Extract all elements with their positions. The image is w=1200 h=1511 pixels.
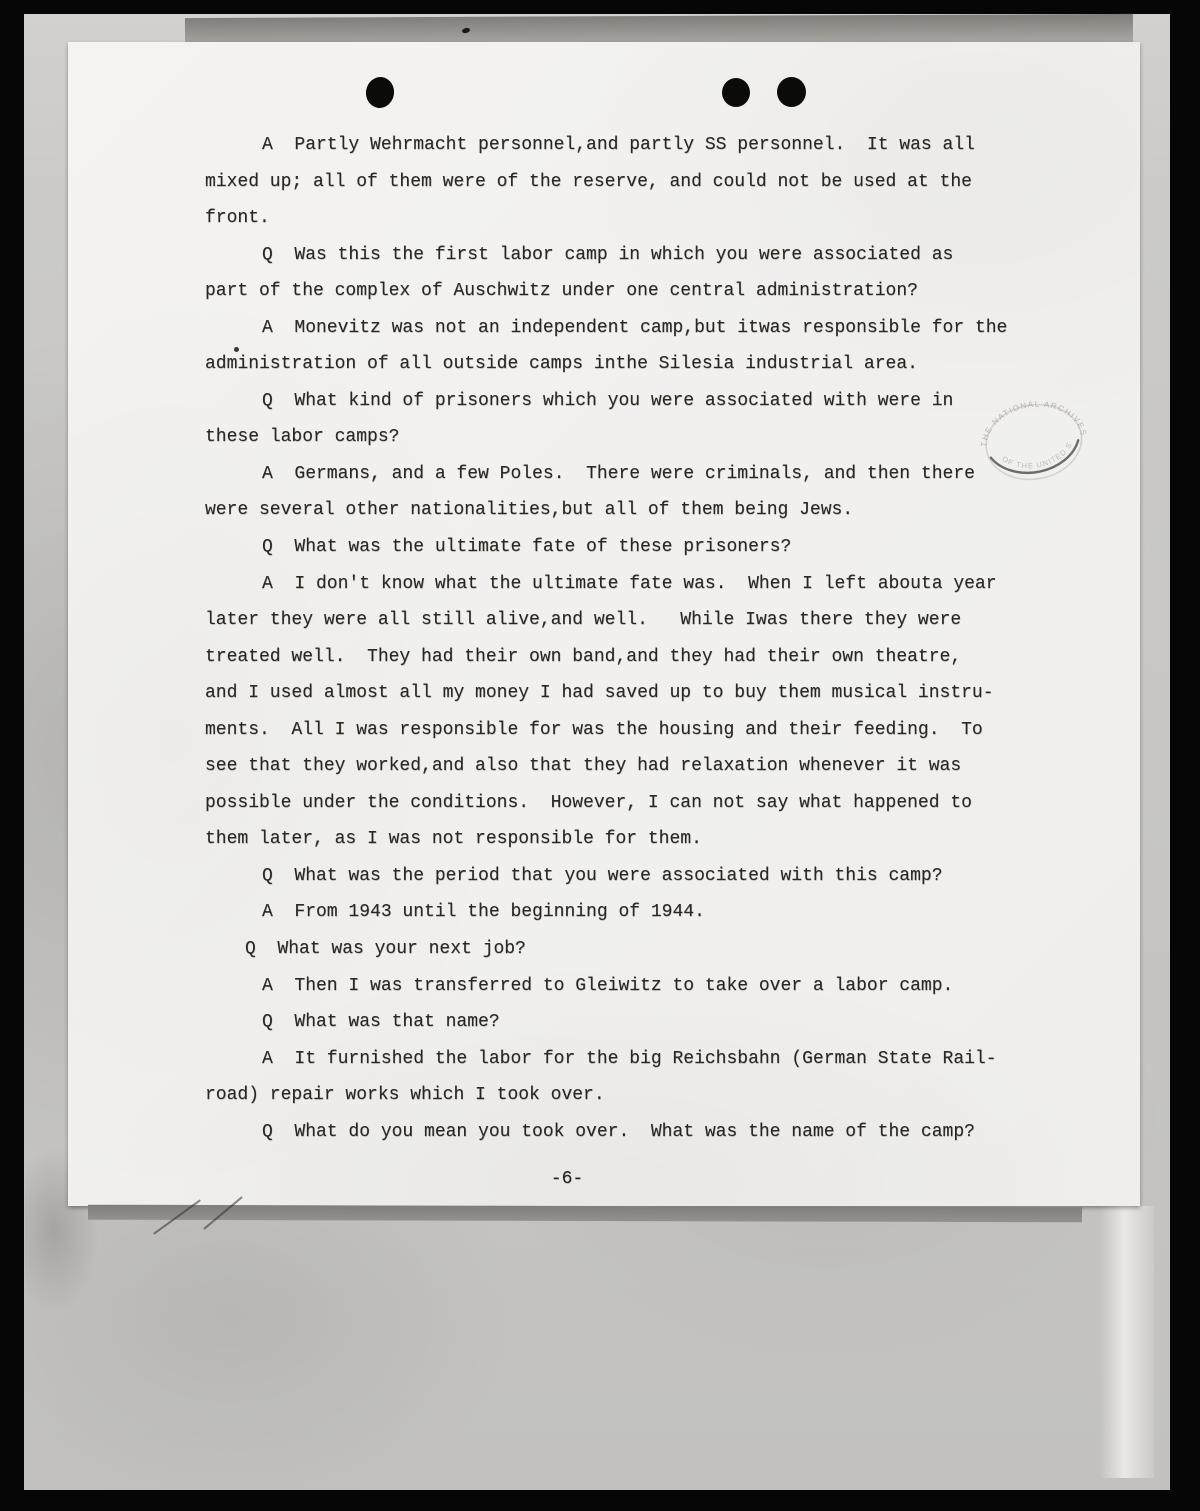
text-line: A It furnished the labor for the big Rei…	[205, 1041, 1085, 1078]
document-page: THE NATIONAL ARCHIVES OF THE UNITED STAT…	[68, 42, 1140, 1206]
page-number: -6-	[517, 1161, 617, 1197]
text-line: Q What do you mean you took over. What w…	[205, 1114, 1085, 1151]
text-line: later they were all still alive,and well…	[205, 602, 1085, 639]
text-line: front.	[205, 200, 1085, 237]
text-line: mixed up; all of them were of the reserv…	[205, 164, 1085, 201]
text-line: A Monevitz was not an independent camp,b…	[205, 310, 1085, 347]
punch-hole-icon	[364, 75, 396, 110]
text-line: see that they worked,and also that they …	[205, 748, 1085, 785]
text-line: treated well. They had their own band,an…	[205, 639, 1085, 676]
text-line: part of the complex of Auschwitz under o…	[205, 273, 1085, 310]
punch-hole-icon	[722, 78, 750, 107]
page-bottom-edge-shadow	[88, 1205, 1082, 1223]
text-line: Q What kind of prisoners which you were …	[205, 383, 1085, 420]
text-line: and I used almost all my money I had sav…	[205, 675, 1085, 712]
text-line: them later, as I was not responsible for…	[205, 821, 1085, 858]
text-line: A From 1943 until the beginning of 1944.	[205, 894, 1085, 931]
punch-hole-icon	[777, 77, 806, 107]
text-line: ments. All I was responsible for was the…	[205, 712, 1085, 749]
text-lines: A Partly Wehrmacht personnel,and partly …	[205, 127, 1085, 1150]
text-line: these labor camps?	[205, 419, 1085, 456]
text-line: A Then I was transferred to Gleiwitz to …	[205, 968, 1085, 1005]
text-line: possible under the conditions. However, …	[205, 785, 1085, 822]
text-line: were several other nationalities,but all…	[205, 492, 1085, 529]
under-sheet-edge-highlight	[1100, 1206, 1154, 1478]
text-line: Q What was the period that you were asso…	[205, 858, 1085, 895]
text-line: Q What was the ultimate fate of these pr…	[205, 529, 1085, 566]
text-line: A Partly Wehrmacht personnel,and partly …	[205, 127, 1085, 164]
text-line: A I don't know what the ultimate fate wa…	[205, 566, 1085, 603]
text-line: Q What was that name?	[205, 1004, 1085, 1041]
text-line: road) repair works which I took over.	[205, 1077, 1085, 1114]
text-line: administration of all outside camps inth…	[205, 346, 1085, 383]
text-line: A Germans, and a few Poles. There were c…	[205, 456, 1085, 493]
text-line: Q Was this the first labor camp in which…	[205, 237, 1085, 274]
text-line: Q What was your next job?	[205, 931, 1085, 968]
